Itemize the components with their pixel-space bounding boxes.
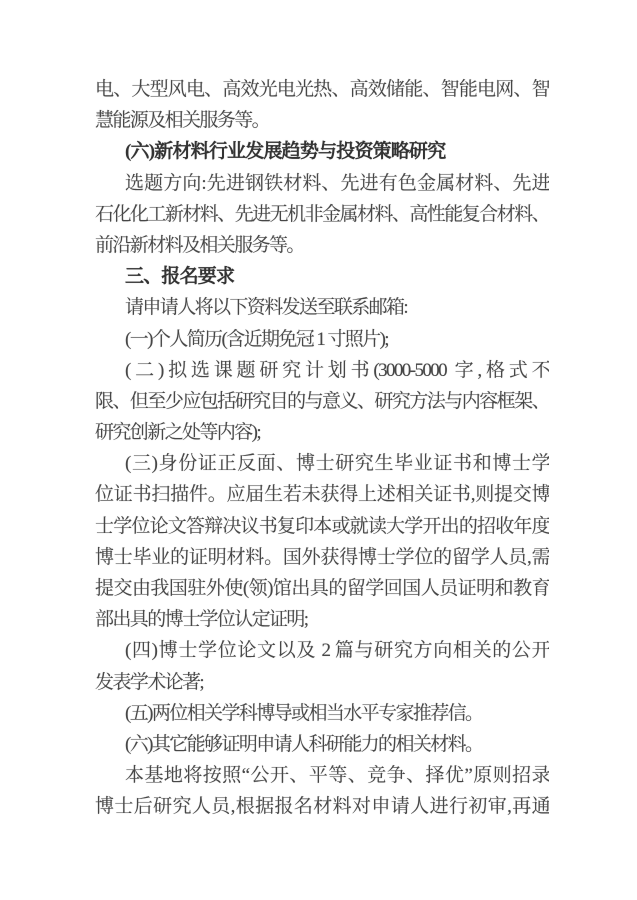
text-line: 前沿新材料及相关服务等。 bbox=[95, 230, 549, 261]
text-line: 选题方向:先进钢铁材料、先进有色金属材料、先进 bbox=[95, 168, 549, 199]
text-line: 博士毕业的证明材料。国外获得博士学位的留学人员,需 bbox=[95, 542, 549, 573]
document-page: 电、大型风电、高效光电光热、高效储能、智能电网、智 慧能源及相关服务等。 (六)… bbox=[0, 0, 637, 900]
text-line: 石化化工新材料、先进无机非金属材料、高性能复合材料、 bbox=[95, 199, 549, 230]
list-item-4: (四)博士学位论文以及 2 篇与研究方向相关的公开 bbox=[95, 635, 549, 666]
text-line: 发表学术论著; bbox=[95, 667, 549, 698]
text-line: 博士后研究人员,根据报名材料对申请人进行初审,再通 bbox=[95, 791, 549, 822]
text-line: 提交由我国驻外使(领)馆出具的留学回国人员证明和教育 bbox=[95, 573, 549, 604]
text-line: 限、但至少应包括研究目的与意义、研究方法与内容框架、 bbox=[95, 386, 549, 417]
section-heading-3: 三、报名要求 bbox=[95, 261, 549, 292]
section-heading-6: (六)新材料行业发展趋势与投资策略研究 bbox=[95, 136, 549, 167]
text-line: 电、大型风电、高效光电光热、高效储能、智能电网、智 bbox=[95, 74, 549, 105]
list-item-5: (五)两位相关学科博导或相当水平专家推荐信。 bbox=[95, 698, 549, 729]
text-line: 士学位论文答辩决议书复印本或就读大学开出的招收年度 bbox=[95, 511, 549, 542]
list-item-6: (六)其它能够证明申请人科研能力的相关材料。 bbox=[95, 729, 549, 760]
text-line: 请申请人将以下资料发送至联系邮箱: bbox=[95, 292, 549, 323]
list-item-2: (二)拟选课题研究计划书(3000-5000 字,格式不 bbox=[95, 355, 549, 386]
text-line: 慧能源及相关服务等。 bbox=[95, 105, 549, 136]
list-item-3: (三)身份证正反面、博士研究生毕业证书和博士学 bbox=[95, 448, 549, 479]
list-item-1: (一)个人简历(含近期免冠 1 寸照片); bbox=[95, 324, 549, 355]
text-line: 本基地将按照“公开、平等、竞争、择优”原则招录 bbox=[95, 760, 549, 791]
text-line: 部出具的博士学位认定证明; bbox=[95, 604, 549, 635]
text-line: 研究创新之处等内容); bbox=[95, 417, 549, 448]
text-line: 位证书扫描件。应届生若未获得上述相关证书,则提交博 bbox=[95, 479, 549, 510]
